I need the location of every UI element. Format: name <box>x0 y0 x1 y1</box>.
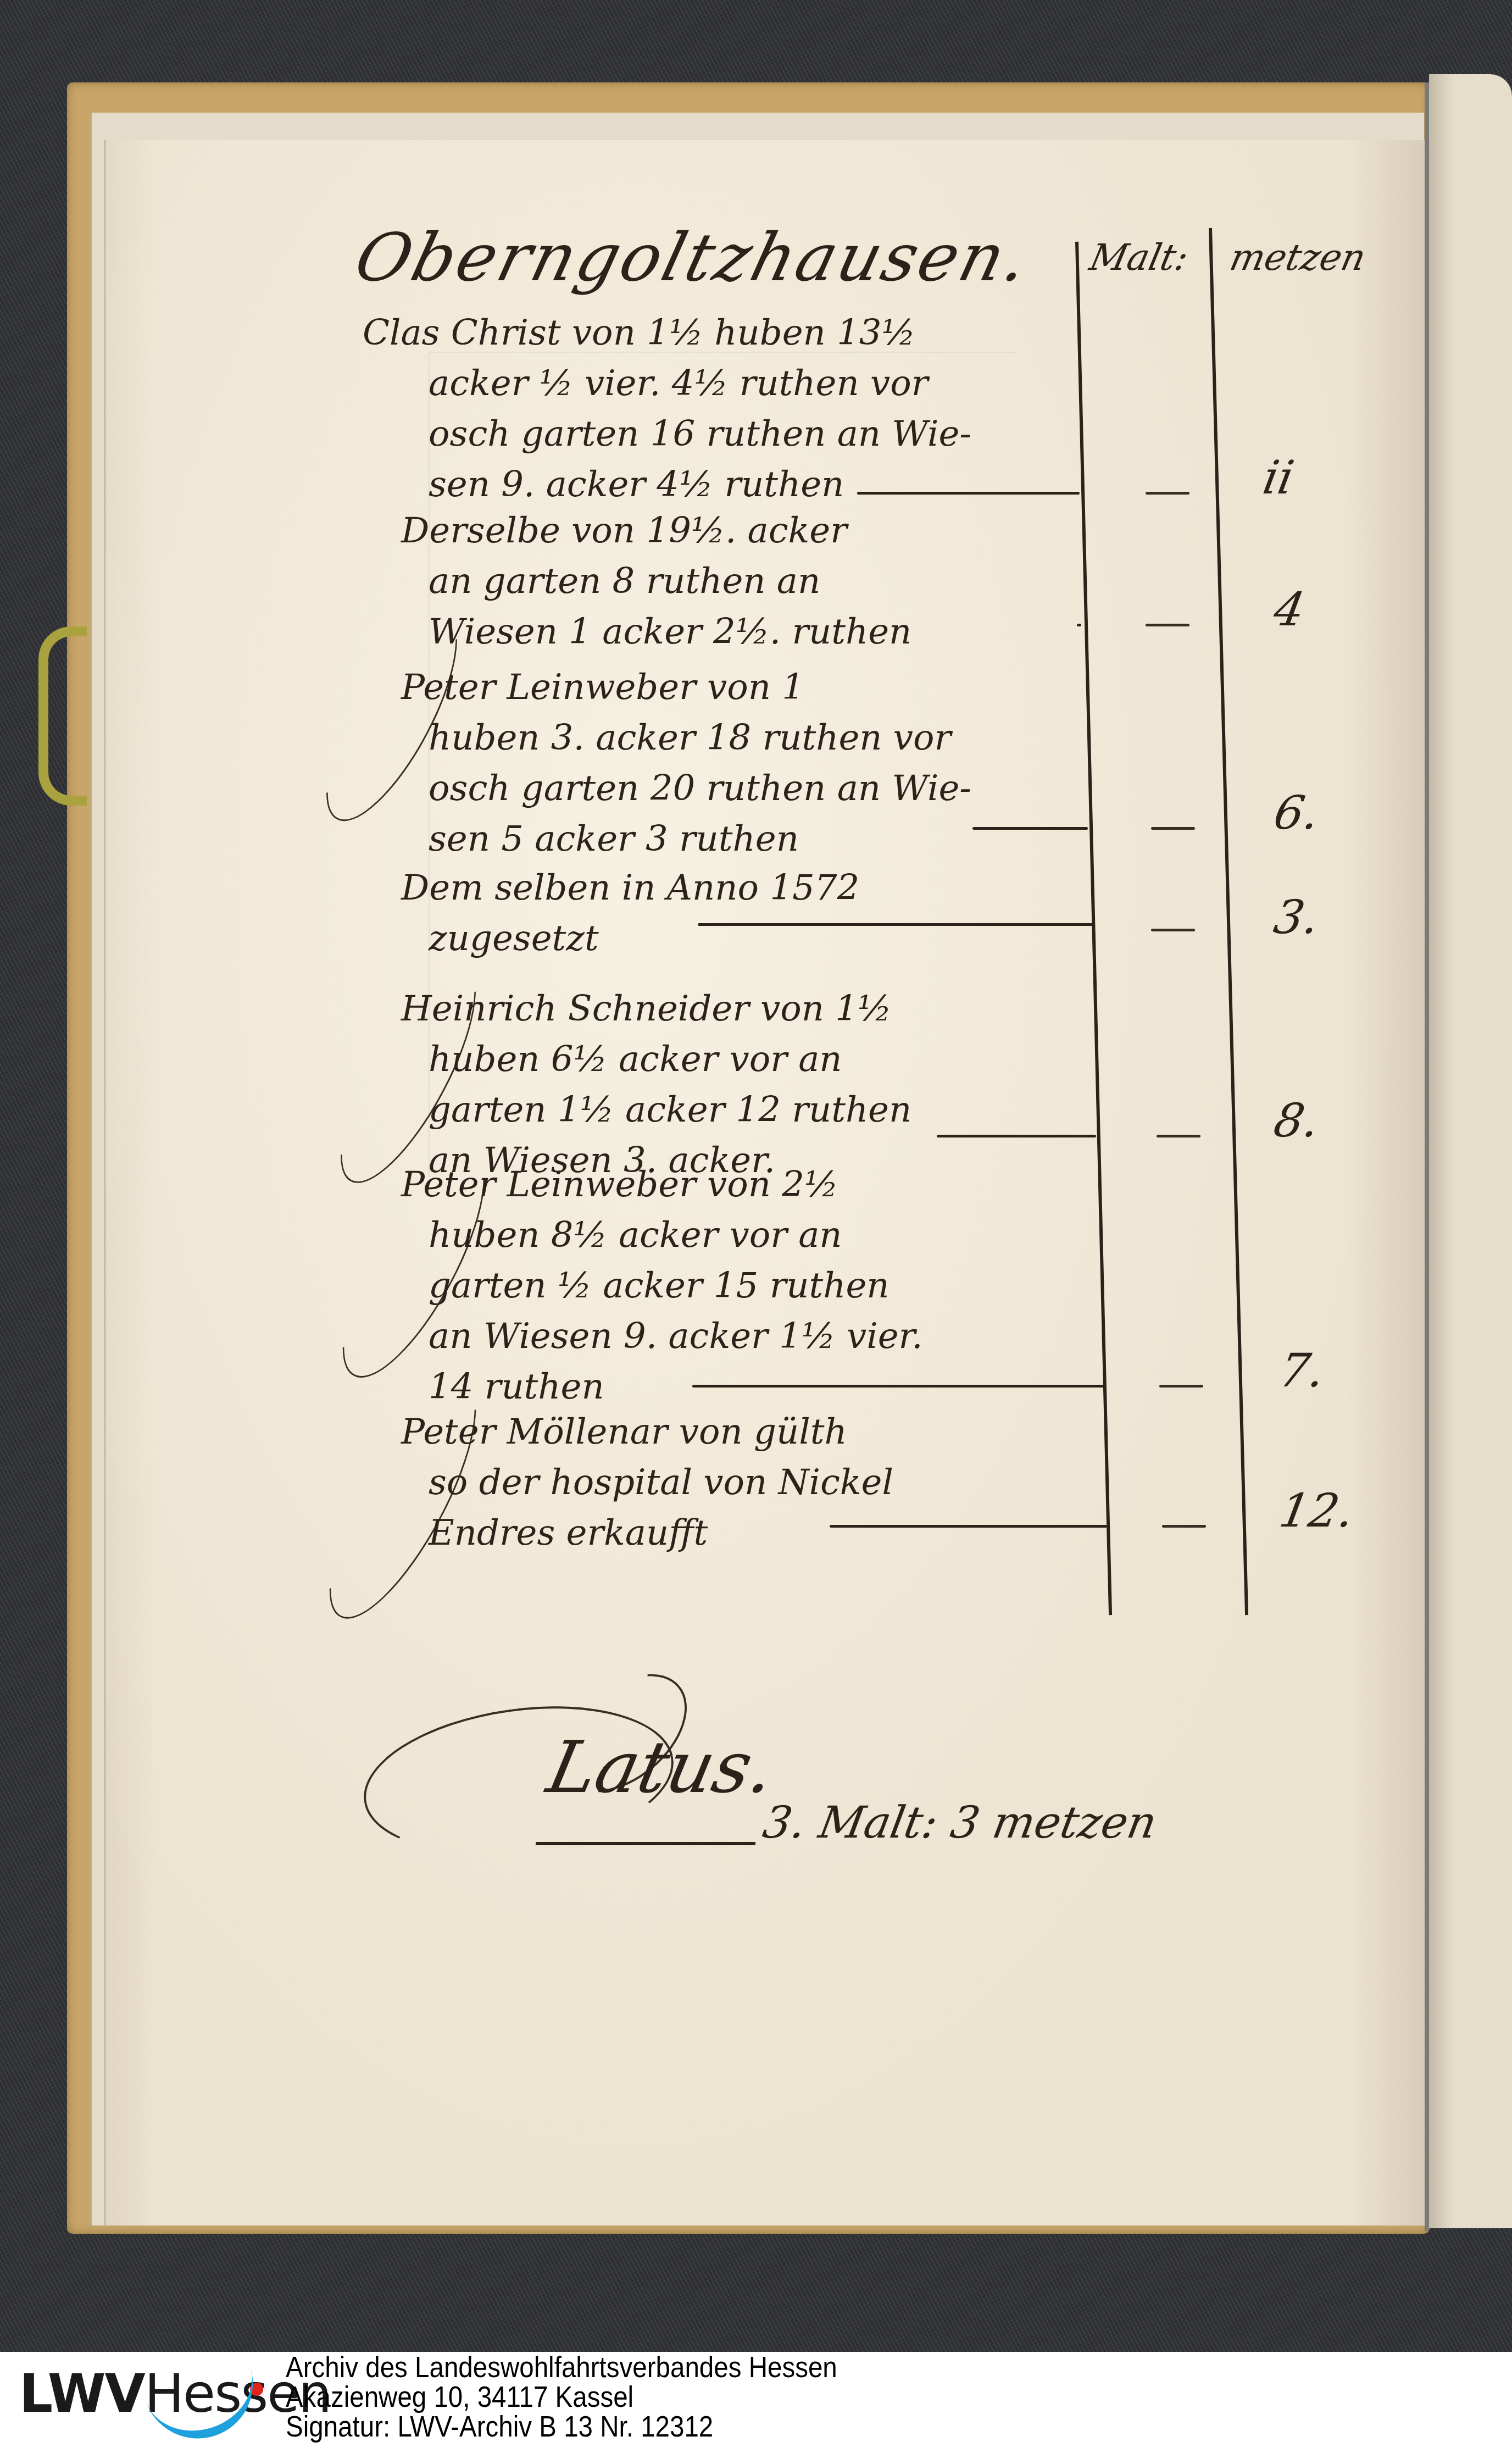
archive-address: Akazienweg 10, 34117 Kassel <box>286 2382 837 2412</box>
archive-name: Archiv des Landeswohlfahrtsverbandes Hes… <box>286 2352 837 2382</box>
entry-text-line: Endres erkaufft <box>363 1508 1082 1558</box>
entry-text-line: Dem selben in Anno 1572 <box>363 863 1082 913</box>
entry-text-line: Clas Christ von 1½ huben 13½ <box>363 308 1082 358</box>
entry-text-line: Derselbe von 19½. acker <box>363 506 1082 556</box>
ledger-entry: Peter Leinweber von 1 huben 3. acker 18 … <box>363 662 1082 864</box>
malt-dash <box>1159 1385 1203 1388</box>
entry-text-line: huben 6½ acker vor an <box>363 1034 1082 1085</box>
binding-thread <box>38 626 87 806</box>
archive-signature: Signatur: LWV-Archiv B 13 Nr. 12312 <box>286 2412 837 2441</box>
entry-text-line: osch garten 16 ruthen an Wie- <box>363 409 1082 459</box>
entry-text-line: sen 5 acker 3 ruthen <box>363 814 1082 864</box>
entry-separator <box>857 492 1080 495</box>
latus-total-value: 3. Malt: 3 metzen <box>759 1797 1161 1848</box>
malt-dash <box>1162 1525 1206 1528</box>
entry-separator <box>1077 624 1081 626</box>
entry-text-line: Peter Leinweber von 2½ <box>363 1159 1082 1210</box>
entry-text-line: Heinrich Schneider von 1½ <box>363 984 1082 1034</box>
malt-dash <box>1157 1135 1200 1137</box>
malt-dash <box>1151 827 1195 830</box>
entry-text-line: an Wiesen 9. acker 1½ vier. <box>363 1311 1082 1362</box>
page-heading: Oberngoltzhausen. <box>348 220 1038 296</box>
entry-separator <box>692 1385 1104 1388</box>
ledger-entry: Dem selben in Anno 1572 zugesetzt <box>363 863 1082 964</box>
entry-text-line: an garten 8 ruthen an <box>363 556 1082 607</box>
entry-separator <box>937 1135 1096 1137</box>
ledger-entry: Peter Leinweber von 2½ huben 8½ acker vo… <box>363 1159 1082 1412</box>
ledger-entry: Derselbe von 19½. acker an garten 8 ruth… <box>363 506 1082 657</box>
malt-dash <box>1146 624 1189 626</box>
latus-underline <box>536 1842 755 1845</box>
archive-info: Archiv des Landeswohlfahrtsverbandes Hes… <box>286 2352 837 2441</box>
entry-text-line: huben 8½ acker vor an <box>363 1210 1082 1261</box>
ledger-entry: Clas Christ von 1½ huben 13½ acker ½ vie… <box>363 308 1082 510</box>
entry-text-line: osch garten 20 ruthen an Wie- <box>363 763 1082 814</box>
malt-dash <box>1146 492 1189 495</box>
entry-text-line: Wiesen 1 acker 2½. ruthen <box>363 607 1082 657</box>
metzen-value: 12. <box>1275 1484 1358 1538</box>
entry-text-line: acker ½ vier. 4½ ruthen vor <box>363 358 1082 409</box>
ledger-entry: Peter Möllenar von gülth so der hospital… <box>363 1407 1082 1558</box>
column-header-malt: Malt: <box>1086 236 1192 279</box>
entry-separator <box>698 923 1093 926</box>
entry-separator <box>830 1525 1107 1528</box>
entry-text-line: Peter Leinweber von 1 <box>363 662 1082 713</box>
entry-text-line: huben 3. acker 18 ruthen vor <box>363 713 1082 763</box>
entry-text-line: zugesetzt <box>363 913 1082 964</box>
entry-text-line: garten ½ acker 15 ruthen <box>363 1261 1082 1311</box>
column-header-metzen: metzen <box>1226 236 1370 279</box>
entry-separator <box>972 827 1088 830</box>
entry-text-line: Peter Möllenar von gülth <box>363 1407 1082 1457</box>
entry-text-line: sen 9. acker 4½ ruthen <box>363 459 1082 510</box>
page-gutter <box>1425 82 1429 2231</box>
adjacent-page-edge <box>1429 74 1512 2228</box>
malt-dash <box>1151 929 1195 931</box>
entry-text-line: so der hospital von Nickel <box>363 1457 1082 1508</box>
latus-label: Latus. <box>541 1725 782 1809</box>
logo-text-bold: LWV <box>19 2363 144 2424</box>
entry-text-line: garten 1½ acker 12 ruthen <box>363 1085 1082 1135</box>
